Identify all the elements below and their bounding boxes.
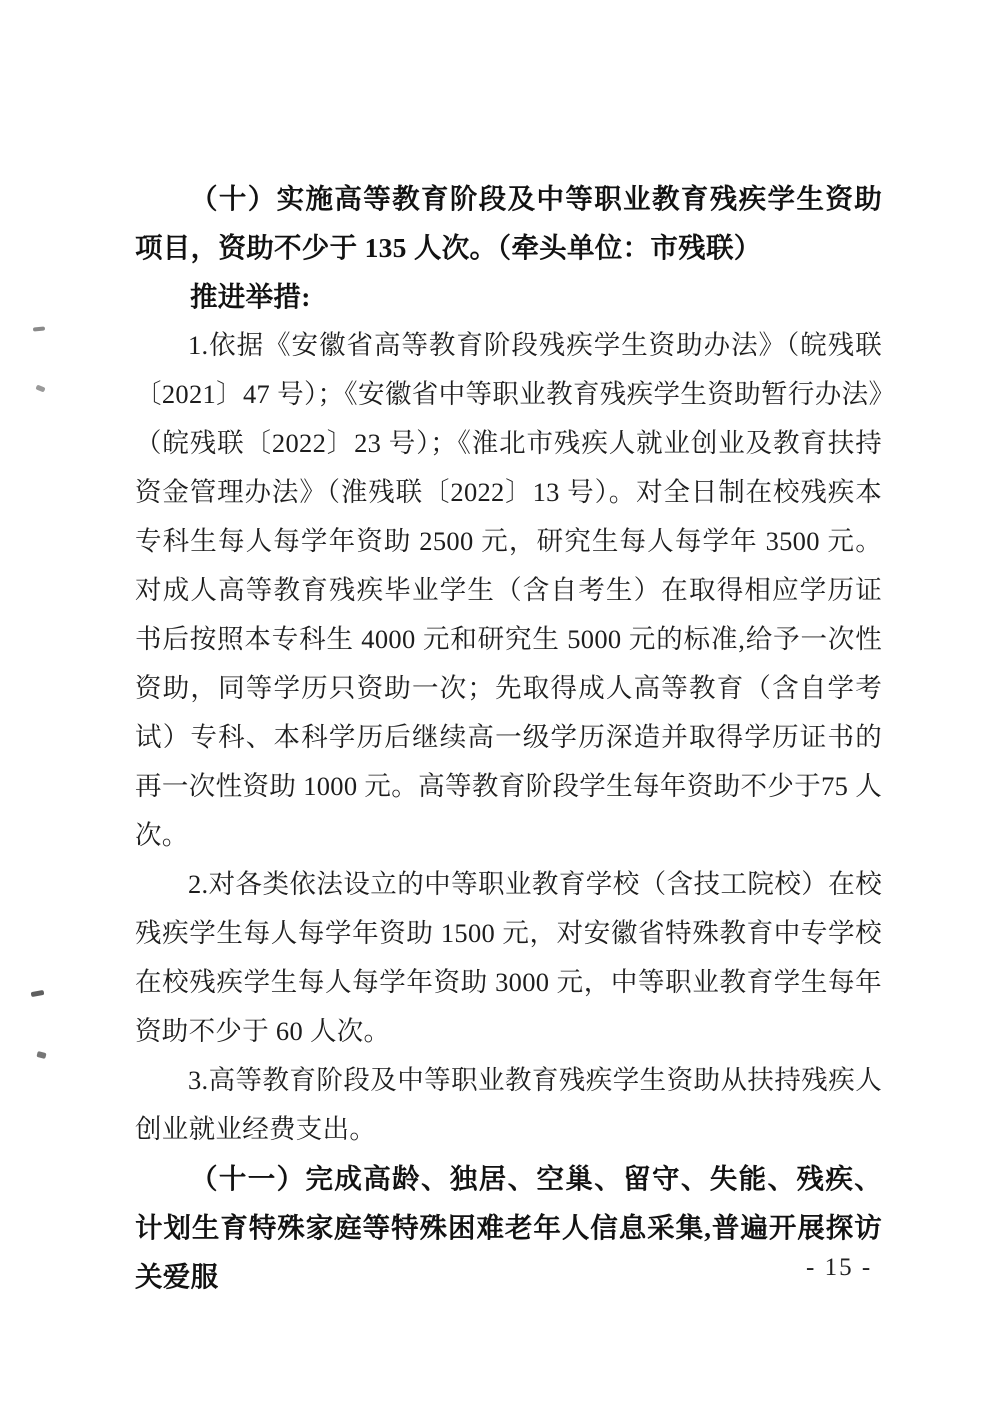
scan-artifact-mark: [33, 326, 45, 331]
scan-artifact-mark: [31, 990, 45, 997]
paragraph-item-11: （十一）完成高龄、独居、空巢、留守、失能、残疾、计划生育特殊家庭等特殊困难老年人…: [135, 1154, 882, 1301]
document-page: （十）实施高等教育阶段及中等职业教育残疾学生资助项目，资助不少于 135 人次。…: [0, 0, 1000, 1414]
scan-artifact-mark: [36, 1051, 46, 1059]
paragraph-measure-1: 1.依据《安徽省高等教育阶段残疾学生资助办法》（皖残联〔2021〕47 号）；《…: [135, 321, 882, 860]
paragraph-item-10: （十）实施高等教育阶段及中等职业教育残疾学生资助项目，资助不少于 135 人次。…: [135, 174, 882, 272]
document-body: （十）实施高等教育阶段及中等职业教育残疾学生资助项目，资助不少于 135 人次。…: [135, 174, 882, 1301]
paragraph-measure-2: 2.对各类依法设立的中等职业教育学校（含技工院校）在校残疾学生每人每学年资助 1…: [135, 860, 882, 1056]
paragraph-measure-3: 3.高等教育阶段及中等职业教育残疾学生资助从扶持残疾人创业就业经费支出。: [135, 1056, 882, 1154]
scan-artifact-mark: [35, 384, 45, 392]
page-number: - 15 -: [806, 1254, 872, 1282]
paragraph-measures-heading: 推进举措:: [135, 272, 882, 321]
